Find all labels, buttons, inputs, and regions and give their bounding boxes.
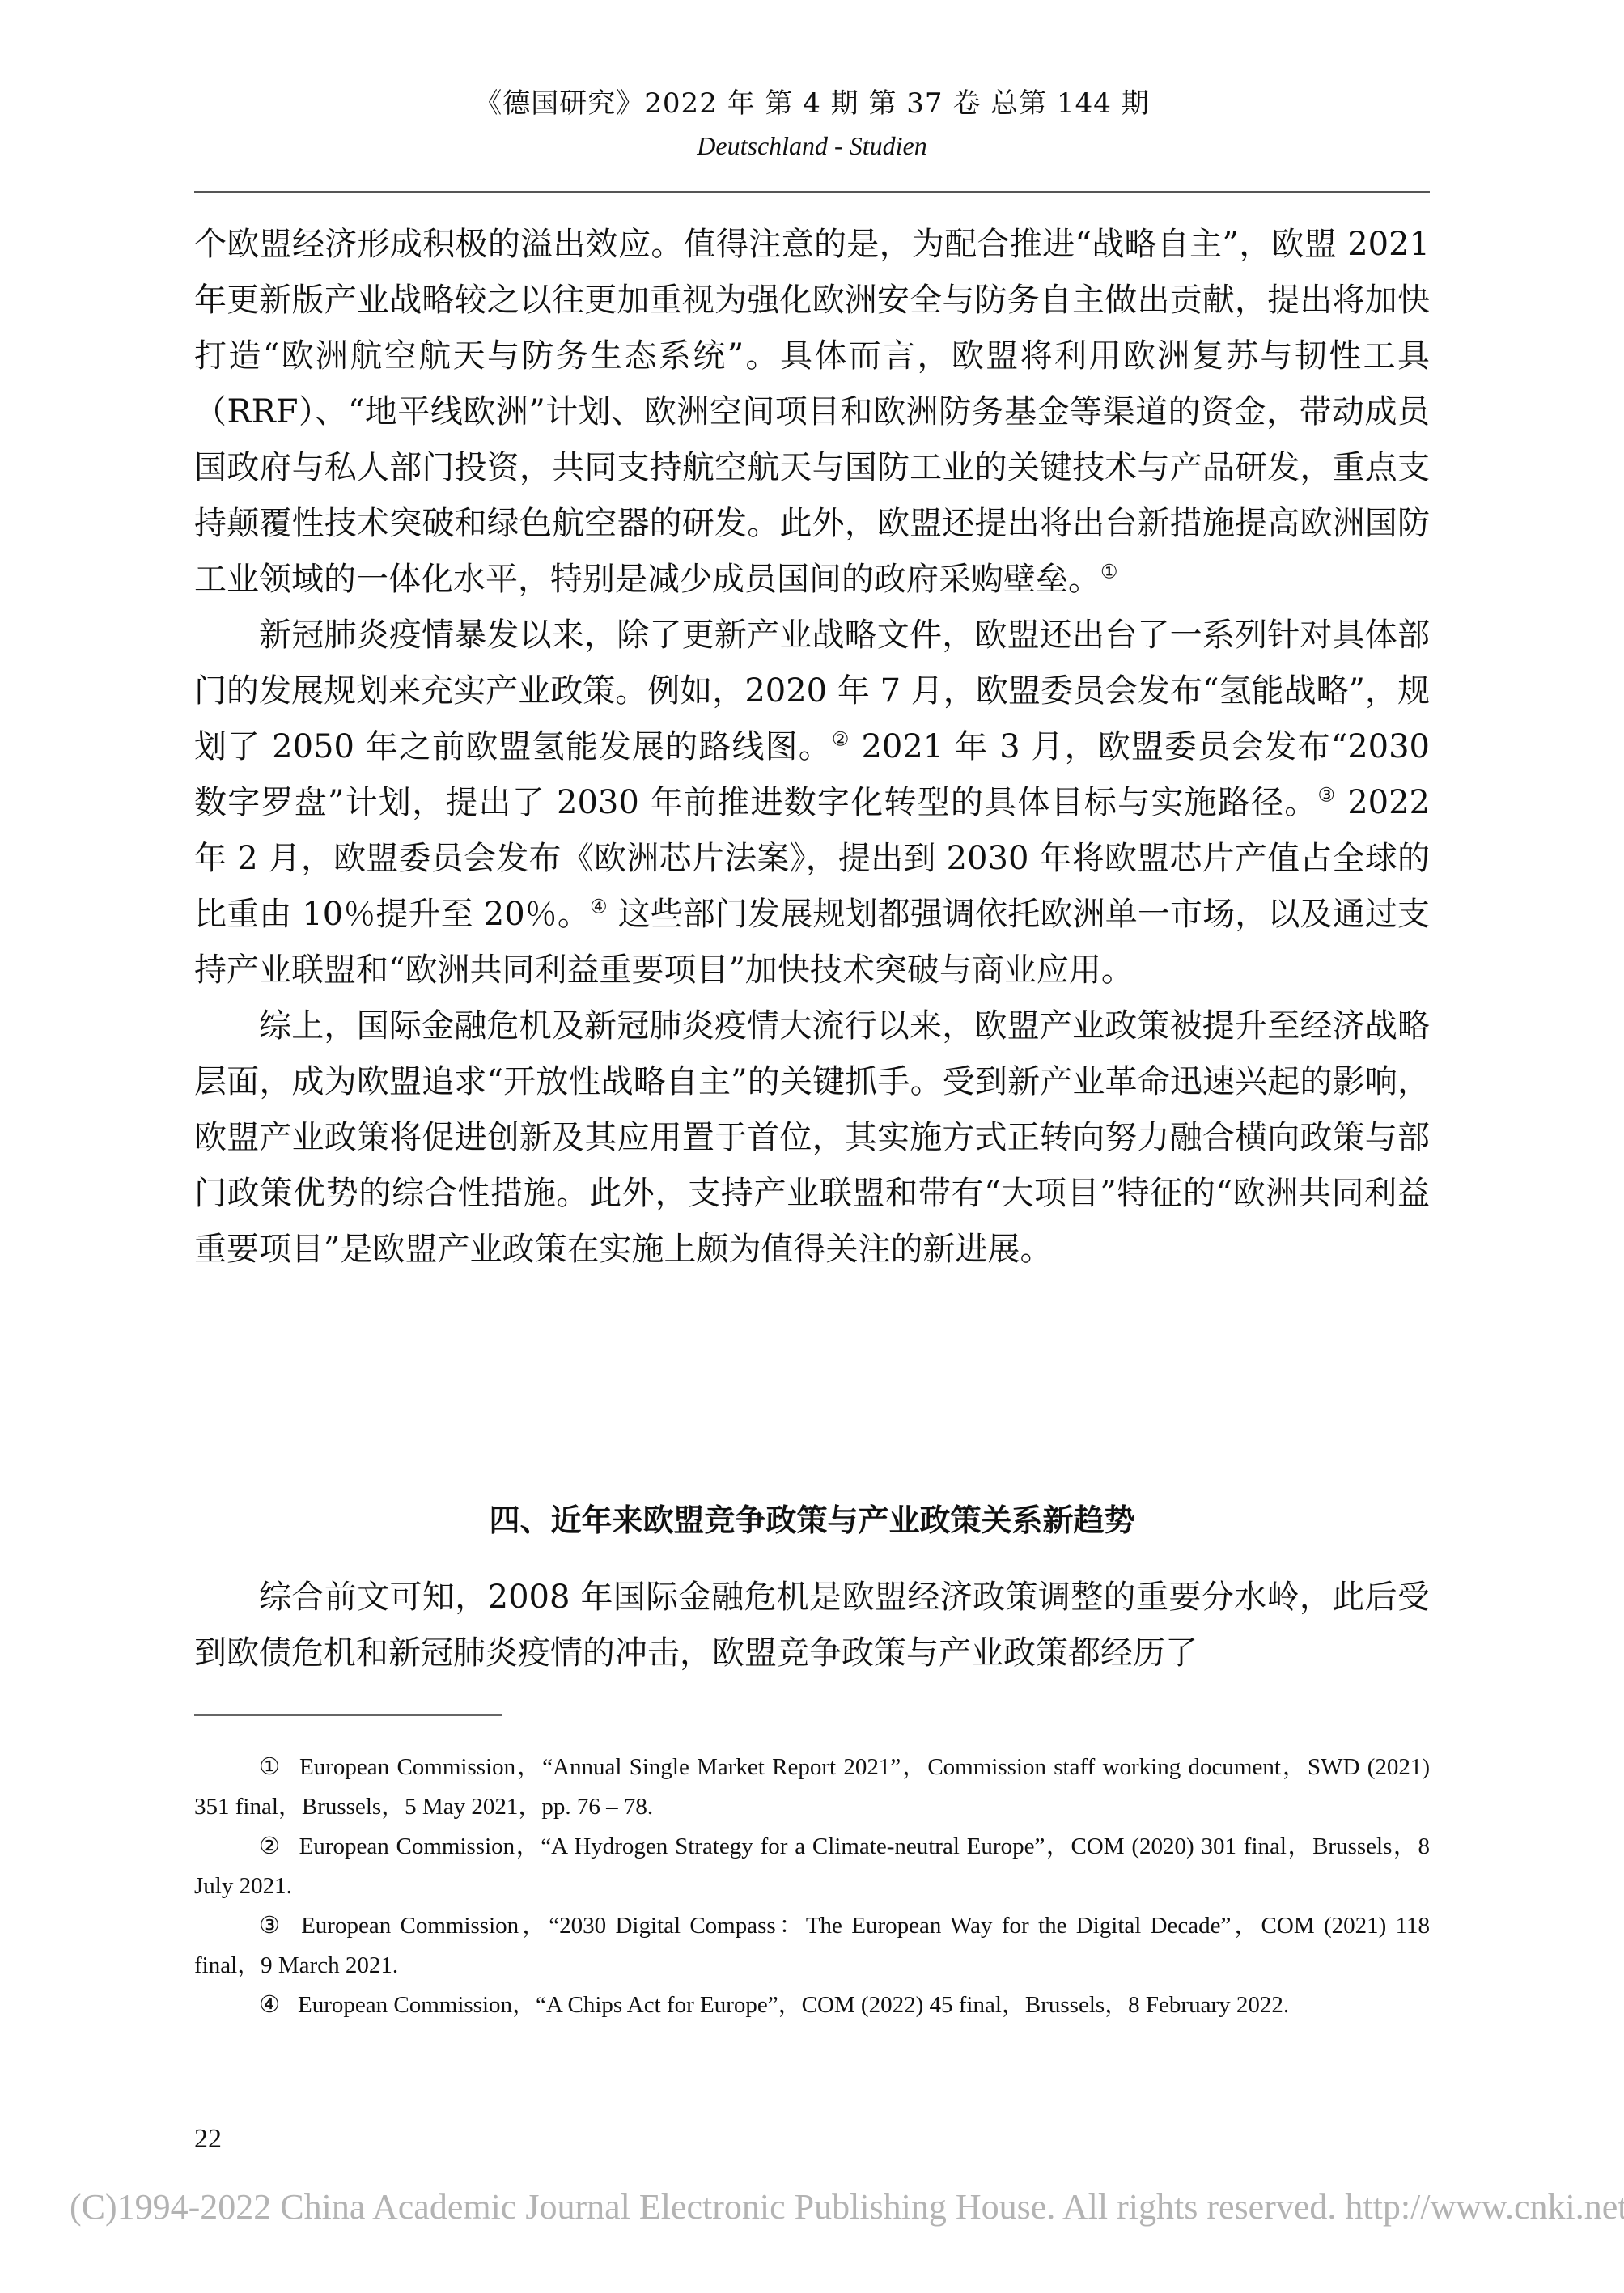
paragraph-3: 综上，国际金融危机及新冠肺炎疫情大流行以来，欧盟产业政策被提升至经济战略层面，成… [194,998,1430,1278]
footnote-mark-2: ② [259,1833,282,1859]
footnote-text-3: European Commission，“2030 Digital Compas… [194,1913,1430,1978]
footnote-ref-1[interactable]: ① [1100,561,1118,583]
paragraph-4-text: 综合前文可知，2008 年国际金融危机是欧盟经济政策调整的重要分水岭，此后受到欧… [194,1579,1430,1672]
footnotes: ①European Commission，“Annual Single Mark… [194,1748,1430,2025]
footnote-mark-3: ③ [259,1913,283,1939]
footnote-divider [194,1714,502,1716]
footnote-3: ③European Commission，“2030 Digital Compa… [194,1906,1430,1986]
body-text-block-2: 综合前文可知，2008 年国际金融危机是欧盟经济政策调整的重要分水岭，此后受到欧… [194,1570,1430,1681]
paragraph-1: 个欧盟经济形成积极的溢出效应。值得注意的是，为配合推进“战略自主”，欧盟 202… [194,217,1430,608]
footnote-text-2: European Commission，“A Hydrogen Strategy… [194,1833,1430,1899]
footnote-mark-4: ④ [259,1992,280,2018]
paragraph-4: 综合前文可知，2008 年国际金融危机是欧盟经济政策调整的重要分水岭，此后受到欧… [194,1570,1430,1681]
footnote-1: ①European Commission，“Annual Single Mark… [194,1748,1430,1827]
page-number: 22 [194,2124,222,2155]
footnote-2: ②European Commission，“A Hydrogen Strateg… [194,1827,1430,1906]
footnote-ref-2[interactable]: ② [832,728,850,751]
copyright-notice: (C)1994-2022 China Academic Journal Elec… [70,2186,1624,2227]
journal-header-subtitle: Deutschland - Studien [0,131,1624,161]
paragraph-3-text: 综上，国际金融危机及新冠肺炎疫情大流行以来，欧盟产业政策被提升至经济战略层面，成… [194,1007,1430,1268]
header-divider [194,191,1430,193]
footnote-ref-3[interactable]: ③ [1317,784,1336,807]
footnote-text-1: European Commission，“Annual Single Marke… [194,1754,1430,1820]
footnote-text-4: European Commission，“A Chips Act for Eur… [298,1992,1289,2018]
journal-header-title: 《德国研究》2022 年 第 4 期 第 37 卷 总第 144 期 [0,81,1624,121]
section-heading: 四、近年来欧盟竞争政策与产业政策关系新趋势 [194,1495,1430,1540]
footnote-ref-4[interactable]: ④ [590,896,608,918]
paragraph-2: 新冠肺炎疫情暴发以来，除了更新产业战略文件，欧盟还出台了一系列针对具体部门的发展… [194,608,1430,998]
footnote-4: ④European Commission，“A Chips Act for Eu… [194,1986,1430,2025]
body-text-block-1: 个欧盟经济形成积极的溢出效应。值得注意的是，为配合推进“战略自主”，欧盟 202… [194,217,1430,1278]
paragraph-1-text: 个欧盟经济形成积极的溢出效应。值得注意的是，为配合推进“战略自主”，欧盟 202… [194,226,1430,598]
footnote-mark-1: ① [259,1754,282,1780]
